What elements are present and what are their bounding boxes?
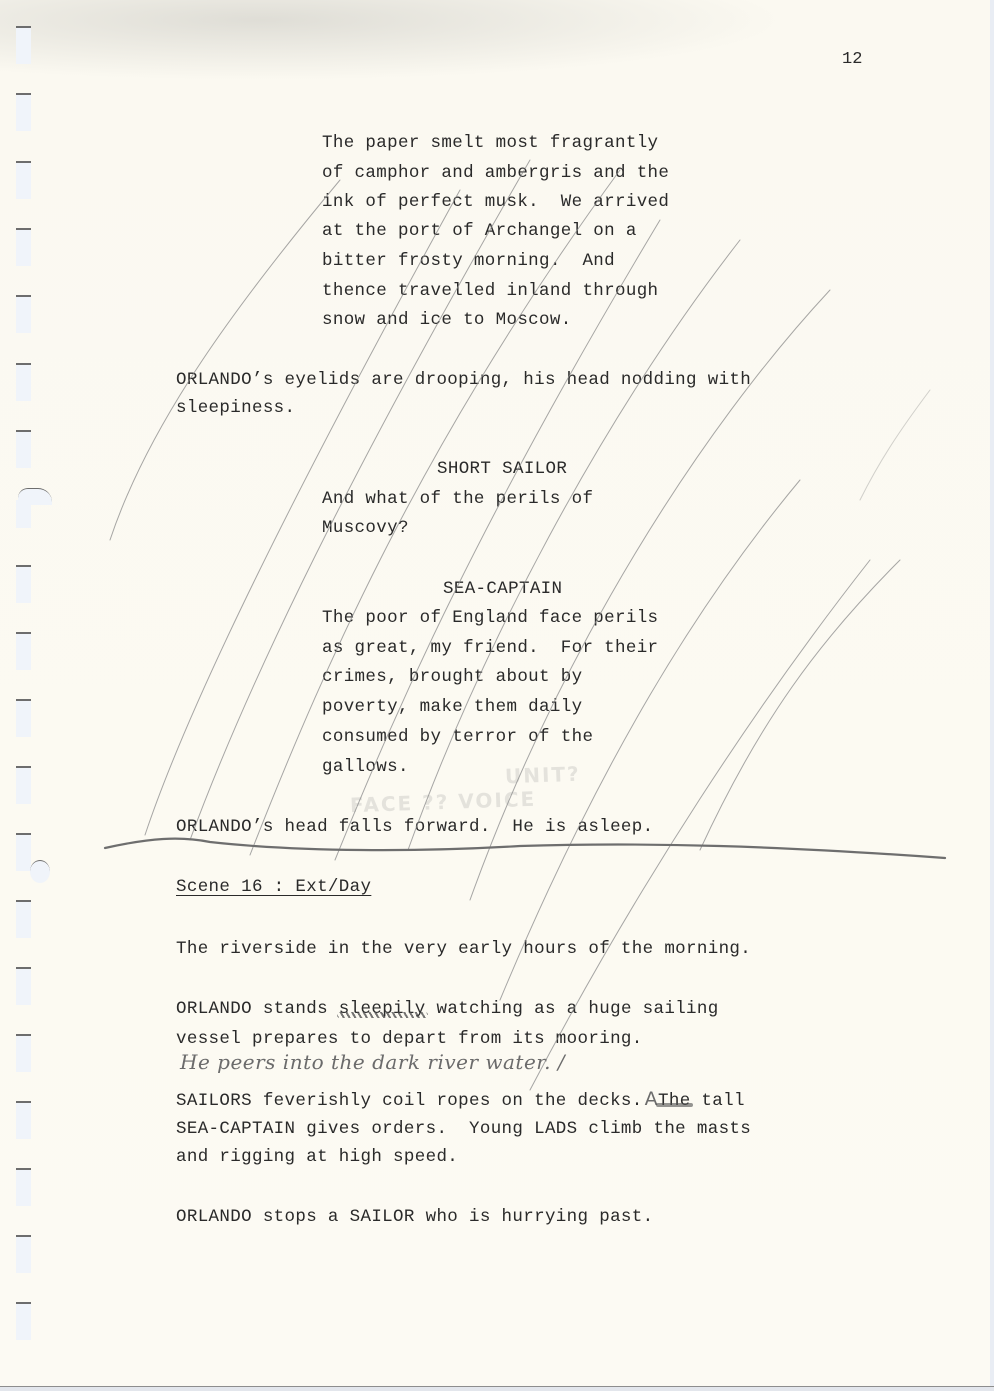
bleed-through-text: UNIT?	[505, 762, 581, 789]
action-text: tall	[691, 1091, 745, 1111]
dialogue-line: poverty, make them daily	[322, 692, 582, 722]
dialogue-line: crimes, brought about by	[322, 662, 582, 692]
punch-hole	[16, 967, 31, 1005]
dialogue-line: The paper smelt most fragrantly	[322, 128, 658, 158]
action-text: ORLANDO stands	[176, 999, 339, 1019]
punch-hole-round	[30, 860, 50, 883]
struck-word: The	[658, 1091, 691, 1111]
handwritten-annotation: He peers into the dark river water. /	[180, 1050, 565, 1074]
dialogue-line: of camphor and ambergris and the	[322, 158, 669, 188]
page-number: 12	[842, 50, 862, 69]
scene-heading: Scene 16 : Ext/Day	[176, 872, 371, 902]
action-text: watching as a huge sailing	[426, 999, 719, 1019]
punch-hole	[16, 632, 31, 670]
action-line: ORLANDO stops a SAILOR who is hurrying p…	[176, 1202, 653, 1232]
punch-hole	[16, 565, 31, 603]
dialogue-line: And what of the perils of	[322, 484, 593, 514]
character-name: SEA-CAPTAIN	[443, 574, 562, 604]
punch-hole	[16, 26, 31, 64]
dialogue-line: at the port of Archangel on a	[322, 216, 637, 246]
punch-hole	[16, 363, 31, 401]
punch-hole	[16, 161, 31, 199]
struck-word: sleepily	[339, 999, 426, 1019]
action-line: ORLANDO’s head falls forward. He is asle…	[176, 812, 653, 842]
punch-hole	[16, 1101, 31, 1139]
punch-hole	[16, 228, 31, 266]
punch-hole	[16, 1168, 31, 1206]
action-line: and rigging at high speed.	[176, 1142, 458, 1172]
action-line: ORLANDO stands sleepily watching as a hu…	[176, 994, 719, 1024]
punch-hole	[16, 1034, 31, 1072]
punch-hole	[16, 766, 31, 804]
punch-hole	[16, 500, 31, 528]
dialogue-line: consumed by terror of the	[322, 722, 593, 752]
punch-hole	[16, 93, 31, 131]
action-text: SAILORS feverishly coil ropes on the dec…	[176, 1091, 643, 1111]
action-line: sleepiness.	[176, 393, 295, 423]
action-line: The riverside in the very early hours of…	[176, 934, 751, 964]
action-line: SEA-CAPTAIN gives orders. Young LADS cli…	[176, 1114, 751, 1144]
dialogue-line: ink of perfect musk. We arrived	[322, 187, 669, 217]
character-name: SHORT SAILOR	[437, 454, 567, 484]
dialogue-line: The poor of England face perils	[322, 603, 658, 633]
pencil-diagonal	[110, 180, 340, 540]
dialogue-line: as great, my friend. For their	[322, 633, 658, 663]
dialogue-line: Muscovy?	[322, 513, 409, 543]
page-right-edge	[990, 0, 994, 1391]
script-page: UNIT? FACE ?? VOICE 12 The paper smelt m…	[0, 0, 994, 1391]
dialogue-line: gallows.	[322, 752, 409, 782]
page-bottom-edge	[0, 1386, 994, 1391]
dialogue-line: snow and ice to Moscow.	[322, 305, 572, 335]
punch-hole	[16, 900, 31, 938]
punch-hole	[16, 833, 31, 871]
punch-hole	[16, 1235, 31, 1273]
action-line: SAILORS feverishly coil ropes on the dec…	[176, 1084, 745, 1116]
dialogue-line: thence travelled inland through	[322, 276, 658, 306]
action-line: ORLANDO’s eyelids are drooping, his head…	[176, 365, 751, 395]
dialogue-line: bitter frosty morning. And	[322, 246, 615, 276]
punch-hole	[16, 430, 31, 468]
punch-hole	[16, 295, 31, 333]
punch-hole	[16, 699, 31, 737]
punch-hole	[16, 1302, 31, 1340]
